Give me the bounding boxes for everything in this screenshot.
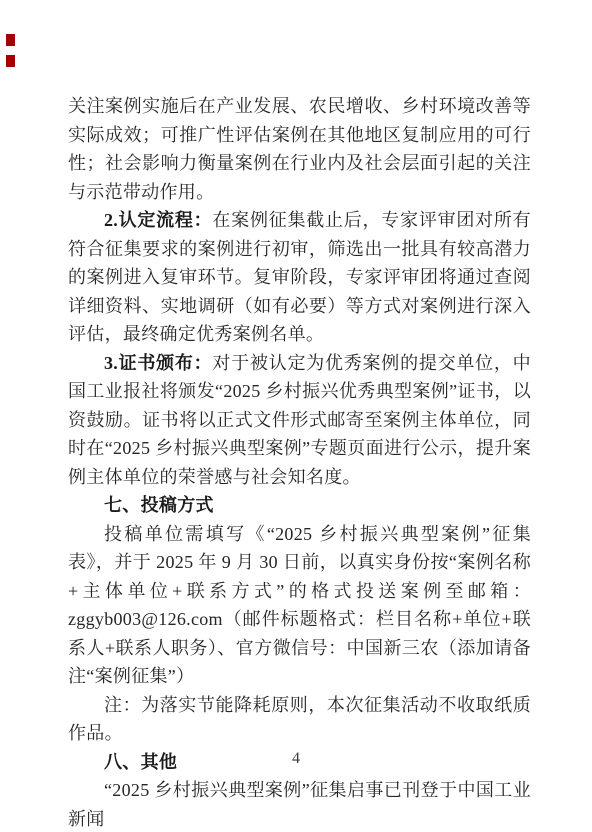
- document-page: 关注案例实施后在产业发展、农民增收、乡村环境改善等实际成效；可推广性评估案例在其…: [0, 0, 592, 832]
- paragraph-other: “2025 乡村振兴典型案例”征集启事已刊登于中国工业新闻: [68, 776, 531, 832]
- paragraph-note: 注：为落实节能降耗原则，本次征集活动不收取纸质作品。: [68, 691, 531, 748]
- paragraph-certification-process: 2.认定流程：在案例征集截止后，专家评审团对所有符合征集要求的案例进行初审，筛选…: [68, 206, 531, 349]
- red-annotation-mark-icon: [6, 34, 15, 46]
- paragraph-evaluation-criteria: 关注案例实施后在产业发展、农民增收、乡村环境改善等实际成效；可推广性评估案例在其…: [68, 92, 531, 206]
- red-annotation-mark-icon: [6, 55, 15, 67]
- page-number: 4: [0, 750, 592, 768]
- paragraph-submission-details: 投稿单位需填写《“2025 乡村振兴典型案例”征集表》，并于 2025 年 9 …: [68, 520, 531, 691]
- item-2-label: 2.认定流程：: [104, 210, 212, 230]
- item-3-label: 3.证书颁布：: [104, 353, 212, 373]
- paragraph-certificate-issuance: 3.证书颁布：对于被认定为优秀案例的提交单位，中国工业报社将颁发“2025 乡村…: [68, 349, 531, 492]
- item-2-text: 在案例征集截止后，专家评审团对所有符合征集要求的案例进行初审，筛选出一批具有较高…: [68, 210, 531, 344]
- section-heading-submission-method: 七、投稿方式: [68, 491, 531, 520]
- document-body: 关注案例实施后在产业发展、农民增收、乡村环境改善等实际成效；可推广性评估案例在其…: [68, 92, 531, 832]
